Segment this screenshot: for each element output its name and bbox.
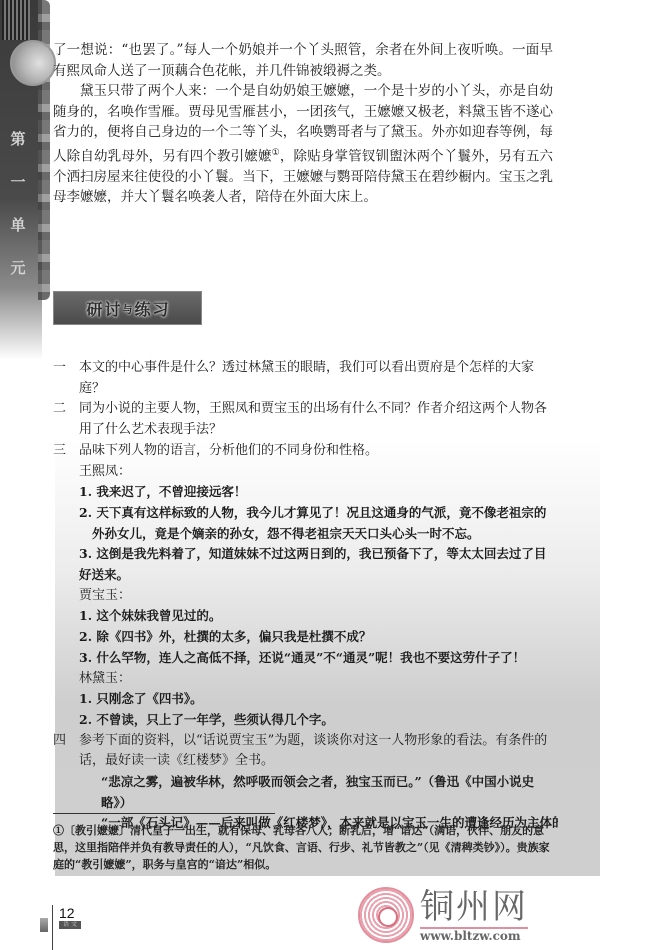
quote-line: 2. 不曾读，只上了一年学，些须认得几个字。 <box>53 710 558 731</box>
section-banner-study-and-practice: 研 讨 与 练 习 <box>53 291 202 325</box>
quote-line: 2. 天下真有这样标致的人物，我今儿才算见了！况且这通身的气派，竟不像老祖宗的外… <box>53 503 558 544</box>
passage-paragraph: 黛玉只带了两个人来：一个是自幼奶娘王嬷嬷，一个是十岁的小丫头，亦是自幼随身的，名… <box>53 81 553 208</box>
passage: 了一想说：“也罢了。”每人一个奶娘并一个丫头照管，余者在外间上夜听唤。一面早有熙… <box>53 40 553 208</box>
speaker-name: 王熙凤： <box>53 462 558 483</box>
watermark-seal-icon <box>358 887 414 943</box>
footnote-marker[interactable]: ① <box>272 148 280 158</box>
page-number: 12 <box>59 905 81 921</box>
speaker-name: 贾宝玉： <box>53 586 558 607</box>
quote-line: 2. 除《四书》外，杜撰的太多，偏只我是杜撰不成？ <box>53 627 558 648</box>
unit-char: 元 <box>10 257 25 278</box>
medallion-icon <box>10 40 56 86</box>
footnote: ①〔教引嬷嬷〕清代皇子一出生，就有保母、乳母各八人；断乳后，增“谙达”（满语，伙… <box>53 822 558 873</box>
page-marker-icon <box>40 918 48 932</box>
unit-char: 单 <box>10 214 25 235</box>
passage-paragraph: 了一想说：“也罢了。”每人一个奶娘并一个丫头照管，余者在外间上夜听唤。一面早有熙… <box>53 40 553 81</box>
exercise-item: 四 参考下面的资料，以“话说贾宝玉”为题，谈谈你对这一人物形象的看法。有条件的话… <box>53 731 558 772</box>
watermark-url: www.bltzw.com <box>420 927 528 943</box>
unit-char: 一 <box>10 171 25 192</box>
exercise-list: 一 本文的中心事件是什么？透过林黛玉的眼睛，我们可以看出贾府是个怎样的大家庭？ … <box>53 358 558 834</box>
watermark: 铜州网 www.bltzw.com <box>358 880 650 950</box>
footnote-divider <box>53 813 275 814</box>
exercise-item: 二 同为小说的主要人物，王熙凤和贾宝玉的出场有什么不同？作者介绍这两个人物各用了… <box>53 399 558 440</box>
citation: “悲凉之雾，遍被华林，然呼吸而领会之者，独宝玉而已。”（鲁迅《中国小说史略》） <box>53 772 558 813</box>
quote-line: 1. 这个妹妹我曾见过的。 <box>53 606 558 627</box>
exercise-item: 一 本文的中心事件是什么？透过林黛玉的眼睛，我们可以看出贾府是个怎样的大家庭？ <box>53 358 558 399</box>
unit-char: 第 <box>10 128 25 149</box>
page-footer: 12 语 文 <box>52 905 81 950</box>
quote-line: 1. 我来迟了，不曾迎接远客！ <box>53 482 558 503</box>
unit-label: 第 一 单 元 <box>6 128 30 278</box>
quote-line: 3. 这倒是我先料着了，知道妹妹不过这两日到的，我已预备下了，等太太回去过了目好… <box>53 544 558 585</box>
decorative-lines <box>2 0 30 40</box>
subject-tag: 语 文 <box>59 921 81 929</box>
exercise-item: 三 品味下列人物的语言，分析他们的不同身份和性格。 <box>53 441 558 462</box>
watermark-name: 铜州网 <box>420 887 528 927</box>
quote-line: 3. 什么罕物，连人之高低不择，还说“通灵”不“通灵”呢！我也不要这劳什子了！ <box>53 648 558 669</box>
speaker-name: 林黛玉： <box>53 669 558 690</box>
quote-line: 1. 只刚念了《四书》。 <box>53 689 558 710</box>
